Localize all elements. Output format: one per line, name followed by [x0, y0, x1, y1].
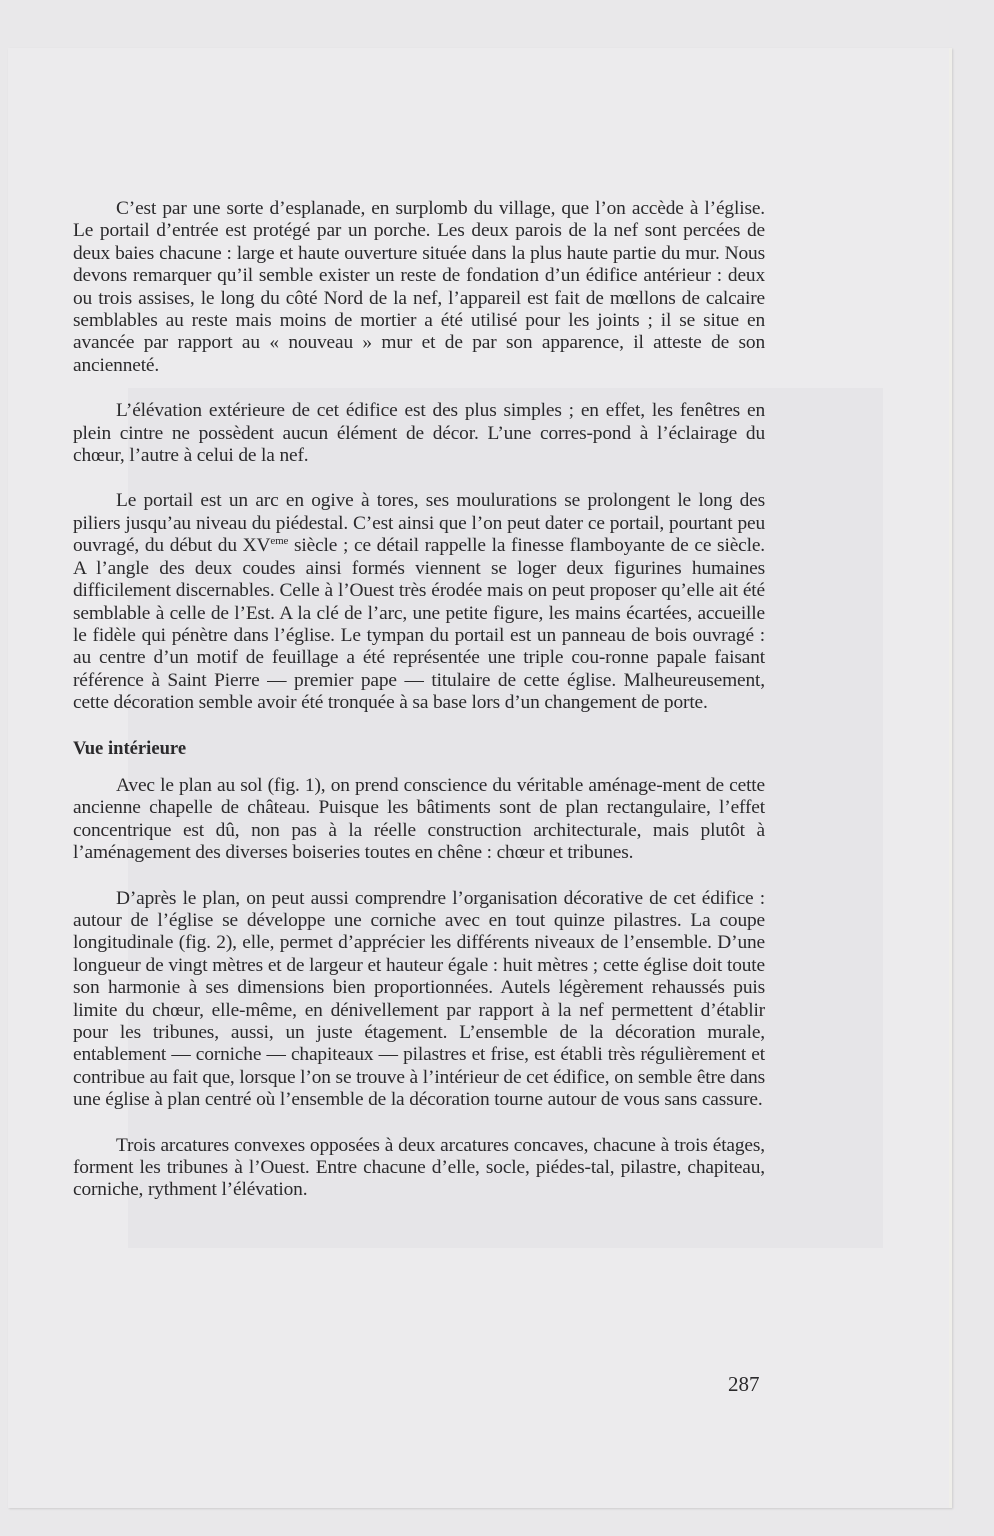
page-number: 287 — [728, 1372, 760, 1397]
body-text: C’est par une sorte d’esplanade, en surp… — [73, 198, 765, 1202]
paragraph-organisation: D’après le plan, on peut aussi comprendr… — [73, 888, 765, 1112]
paragraph-plan-au-sol: Avec le plan au sol (fig. 1), on prend c… — [73, 775, 765, 865]
section-heading: Vue intérieure — [73, 738, 765, 760]
paragraph-esplanade: C’est par une sorte d’esplanade, en surp… — [73, 198, 765, 377]
ordinal-superscript: eme — [270, 535, 288, 547]
paragraph-portail: Le portail est un arc en ogive à tores, … — [73, 490, 765, 714]
paragraph-arcatures: Trois arcatures convexes opposées à deux… — [73, 1135, 765, 1202]
paragraph-elevation: L’élévation extérieure de cet édifice es… — [73, 400, 765, 467]
scanned-page: C’est par une sorte d’esplanade, en surp… — [8, 48, 952, 1508]
paragraph-portail-part2: siècle ; ce détail rappelle la finesse f… — [73, 535, 765, 713]
